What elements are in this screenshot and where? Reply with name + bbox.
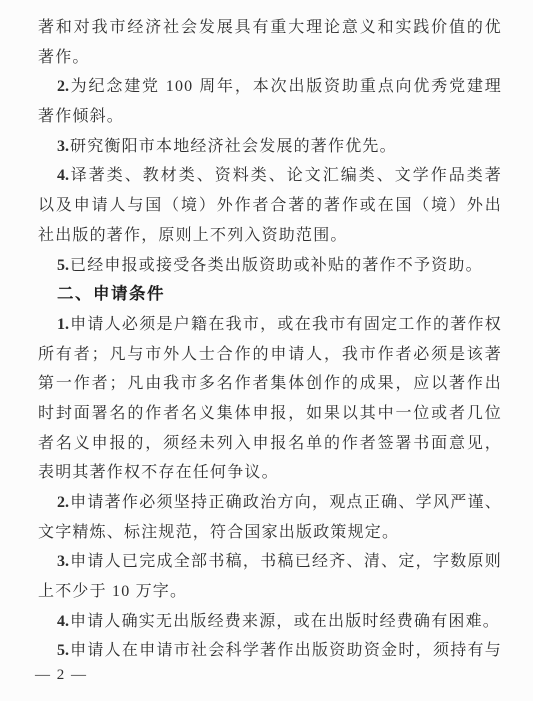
text-line: 5.申请人在申请市社会科学著作出版资助资金时，须持有与 (38, 636, 502, 666)
list-number: 4. (57, 167, 70, 184)
document-body: 著和对我市经济社会发展具有重大理论意义和实践价值的优秀著作。2.为纪念建党 10… (38, 13, 502, 666)
list-number: 1. (57, 316, 70, 333)
text-line: 著作。 (38, 43, 502, 73)
text-line: 3.申请人已完成全部书稿，书稿已经齐、清、定，字数原则 (38, 547, 502, 577)
text-line: 文字精炼、标注规范，符合国家出版政策规定。 (38, 518, 502, 548)
text-line: 4.译著类、教材类、资料类、论文汇编类、文学作品类著作， (38, 161, 502, 191)
list-number: 3. (57, 553, 70, 570)
list-number: 2. (57, 494, 70, 511)
text-line: 4.申请人确实无出版经费来源，或在出版时经费确有困难。 (38, 607, 502, 637)
text-line: 社出版的著作，原则上不列入资助范围。 (38, 221, 502, 251)
text-line: 所有者；凡与市外人士合作的申请人，我市作者必须是该著作 (38, 340, 502, 370)
document-page: 著和对我市经济社会发展具有重大理论意义和实践价值的优秀著作。2.为纪念建党 10… (0, 0, 533, 701)
list-number: 5. (57, 257, 70, 274)
text-line: 时封面署名的作者名义集体申报，如果以其中一位或者几位作 (38, 399, 502, 429)
list-number: 3. (57, 138, 70, 155)
text-line: 以及申请人与国（境）外作者合著的著作或在国（境）外出版 (38, 191, 502, 221)
list-number: 5. (57, 642, 70, 659)
text-line: 1.申请人必须是户籍在我市，或在我市有固定工作的著作权 (38, 310, 502, 340)
list-number: 2. (57, 78, 70, 95)
page-number: — 2 — (35, 667, 88, 684)
text-line: 上不少于 10 万字。 (38, 577, 502, 607)
text-line: 者名义申报的，须经未列入申报名单的作者签署书面意见，并 (38, 429, 502, 459)
text-line: 3.研究衡阳市本地经济社会发展的著作优先。 (38, 132, 502, 162)
section-heading: 二、申请条件 (38, 280, 502, 310)
text-line: 2.为纪念建党 100 周年，本次出版资助重点向优秀党建理论 (38, 72, 502, 102)
text-line: 2.申请著作必须坚持正确政治方向，观点正确、学风严谨、 (38, 488, 502, 518)
text-line: 第一作者；凡由我市多名作者集体创作的成果，应以著作出版 (38, 369, 502, 399)
text-line: 表明其著作权不存在任何争议。 (38, 458, 502, 488)
text-line: 5.已经申报或接受各类出版资助或补贴的著作不予资助。 (38, 251, 502, 281)
text-line: 著作倾斜。 (38, 102, 502, 132)
text-line: 著和对我市经济社会发展具有重大理论意义和实践价值的优秀 (38, 13, 502, 43)
list-number: 4. (57, 613, 70, 630)
